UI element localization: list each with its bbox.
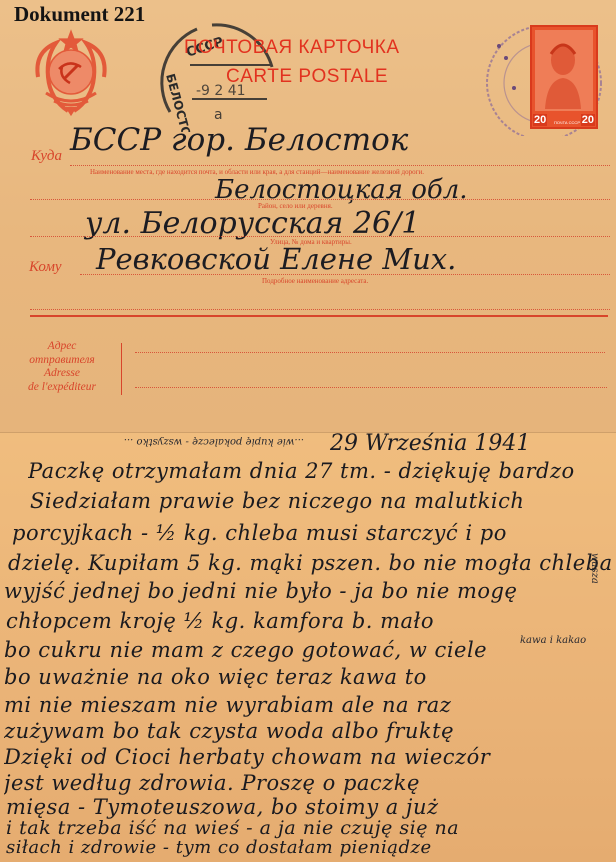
komu-hint: Подробное наименование адресата. [262,277,368,285]
postage-stamp: 20 ПОЧТА СССР КОП 20 [530,25,598,129]
letter-date: 29 Września 1941 [330,431,530,456]
upside-down-note: ...wie kupię pokaleczę - wszystko ... [4,436,304,447]
letter-line: Siedziałam prawie bez niczego na malutki… [30,489,616,513]
postcard-title-fr: CARTE POSTALE [226,66,388,88]
sender-label: Адрес отправителя Adresse de l'expéditeu… [10,340,114,394]
document-label: Dokument 221 [14,2,145,27]
letter-line: bo uważnie na oko więc teraz kawa to [4,665,616,689]
letter-line: wyjść jednej bo jedni nie było - ja bo n… [4,579,616,603]
extra-line [30,309,610,310]
sender-label-line2: отправителя [10,354,114,368]
letter-line: mi nie mieszam nie wyrabiam ale na raz [4,693,616,717]
ussr-coat-of-arms-icon [26,27,116,119]
postcard-front: Dokument 221 СССР -9 2 41 а БЕЛОСТОК ПОЧ… [0,0,616,432]
sender-label-line3: Adresse [10,367,114,381]
stamp-value-right: 20 [581,114,595,126]
letter-line: siłach i zdrowie - tym co dostałam pieni… [6,837,616,858]
sender-line-1 [135,352,605,353]
sender-label-line1: Адрес [10,340,114,354]
district-value: Белостоцкая обл. [215,175,468,205]
sender-label-line4: de l'expéditeur [10,381,114,395]
separator-line [30,315,608,317]
kuda-line [70,165,610,166]
letter-line: Paczkę otrzymałam dnia 27 tm. - dziękuję… [28,459,616,483]
right-margin-note: wasza [589,553,600,584]
street-line [30,236,610,237]
letter-line: chłopcem kroję ½ kg. kamfora b. mało [6,609,616,633]
district-line [30,199,610,200]
komu-value: Ревковской Елене Мих. [96,242,456,276]
letter-line: mięsa - Tymoteuszowa, bo stoimy a już [6,795,616,819]
kuda-value: БССР гор. Белосток [70,122,408,158]
komu-line [80,274,610,275]
sender-brace [121,343,128,395]
postcard-back-letter: ...wie kupię pokaleczę - wszystko ... 29… [0,432,616,862]
komu-label: Кому [29,259,62,276]
letter-line: porcyjkach - ½ kg. chleba musi starczyć … [12,521,616,545]
svg-text:а: а [214,107,223,123]
letter-line: Dzięki od Cioci herbaty chowam na wieczó… [4,745,616,769]
letter-line: zużywam bo tak czysta woda albo fruktę [4,719,616,743]
letter-line: dzielę. Kupiłam 5 kg. mąki pszen. bo nie… [8,551,616,575]
stamp-portrait [535,30,593,111]
postcard-title-ru: ПОЧТОВАЯ КАРТОЧКА [184,37,400,59]
letter-line: jest według zdrowia. Proszę o paczkę [4,771,616,795]
letter-line: i tak trzeba iść na wieś - a ja nie czuj… [6,817,616,839]
kuda-label: Куда [31,148,62,165]
sender-line-2 [135,387,607,388]
stamp-value-left: 20 [533,114,547,126]
interline-note: kawa i kakao [520,635,586,646]
